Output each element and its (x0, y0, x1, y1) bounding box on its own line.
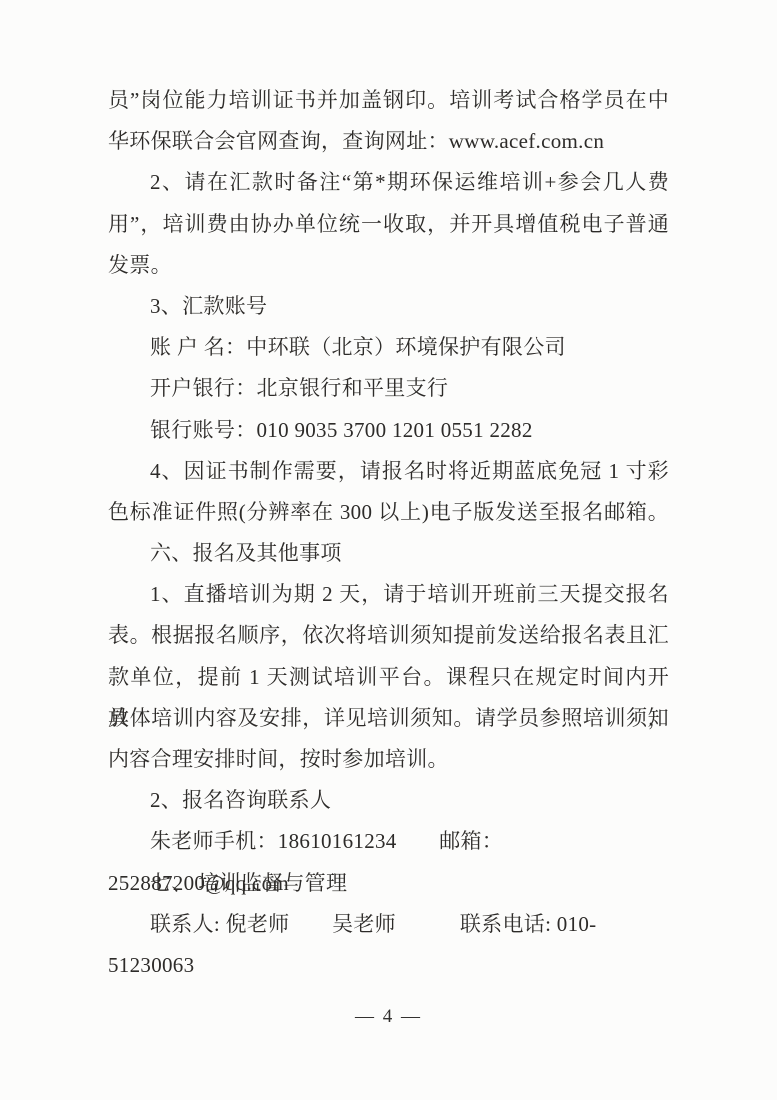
document-line: 银行账号：010 9035 3700 1201 0551 2282 (108, 410, 669, 451)
document-line: 七、 培训监督与管理 (108, 863, 669, 904)
document-line: 发票。 (108, 245, 669, 286)
document-page: 员”岗位能力培训证书并加盖钢印。培训考试合格学员在中 华环保联合会官网查询，查询… (0, 0, 777, 1100)
document-line: 3、汇款账号 (108, 286, 669, 327)
document-line: 六、报名及其他事项 (108, 533, 669, 574)
document-line: 账 户 名：中环联（北京）环境保护有限公司 (108, 327, 669, 368)
document-line: 用”，培训费由协办单位统一收取，并开具增值税电子普通 (108, 204, 669, 245)
document-line: 朱老师手机：18610161234 邮箱：252887200@qq.com (108, 821, 669, 862)
document-line: 款单位，提前 1 天测试培训平台。课程只在规定时间内开放， (108, 657, 669, 698)
document-line: 2、请在汇款时备注“第*期环保运维培训+参会几人费 (108, 162, 669, 203)
document-line: 表。根据报名顺序，依次将培训须知提前发送给报名表且汇 (108, 615, 669, 656)
document-line: 具体培训内容及安排，详见培训须知。请学员参照培训须知 (108, 698, 669, 739)
document-text-block: 员”岗位能力培训证书并加盖钢印。培训考试合格学员在中 华环保联合会官网查询，查询… (108, 80, 669, 945)
document-line: 开户银行：北京银行和平里支行 (108, 368, 669, 409)
document-line: 员”岗位能力培训证书并加盖钢印。培训考试合格学员在中 (108, 80, 669, 121)
document-line: 联系人: 倪老师 吴老师 联系电话: 010-51230063 (108, 904, 669, 945)
document-line: 2、报名咨询联系人 (108, 780, 669, 821)
document-line: 华环保联合会官网查询，查询网址：www.acef.com.cn (108, 121, 669, 162)
document-line: 1、直播培训为期 2 天，请于培训开班前三天提交报名 (108, 574, 669, 615)
document-line: 色标准证件照(分辨率在 300 以上)电子版发送至报名邮箱。 (108, 492, 669, 533)
page-number: — 4 — (0, 1006, 777, 1028)
document-line: 4、因证书制作需要，请报名时将近期蓝底免冠 1 寸彩 (108, 451, 669, 492)
document-line: 内容合理安排时间，按时参加培训。 (108, 739, 669, 780)
